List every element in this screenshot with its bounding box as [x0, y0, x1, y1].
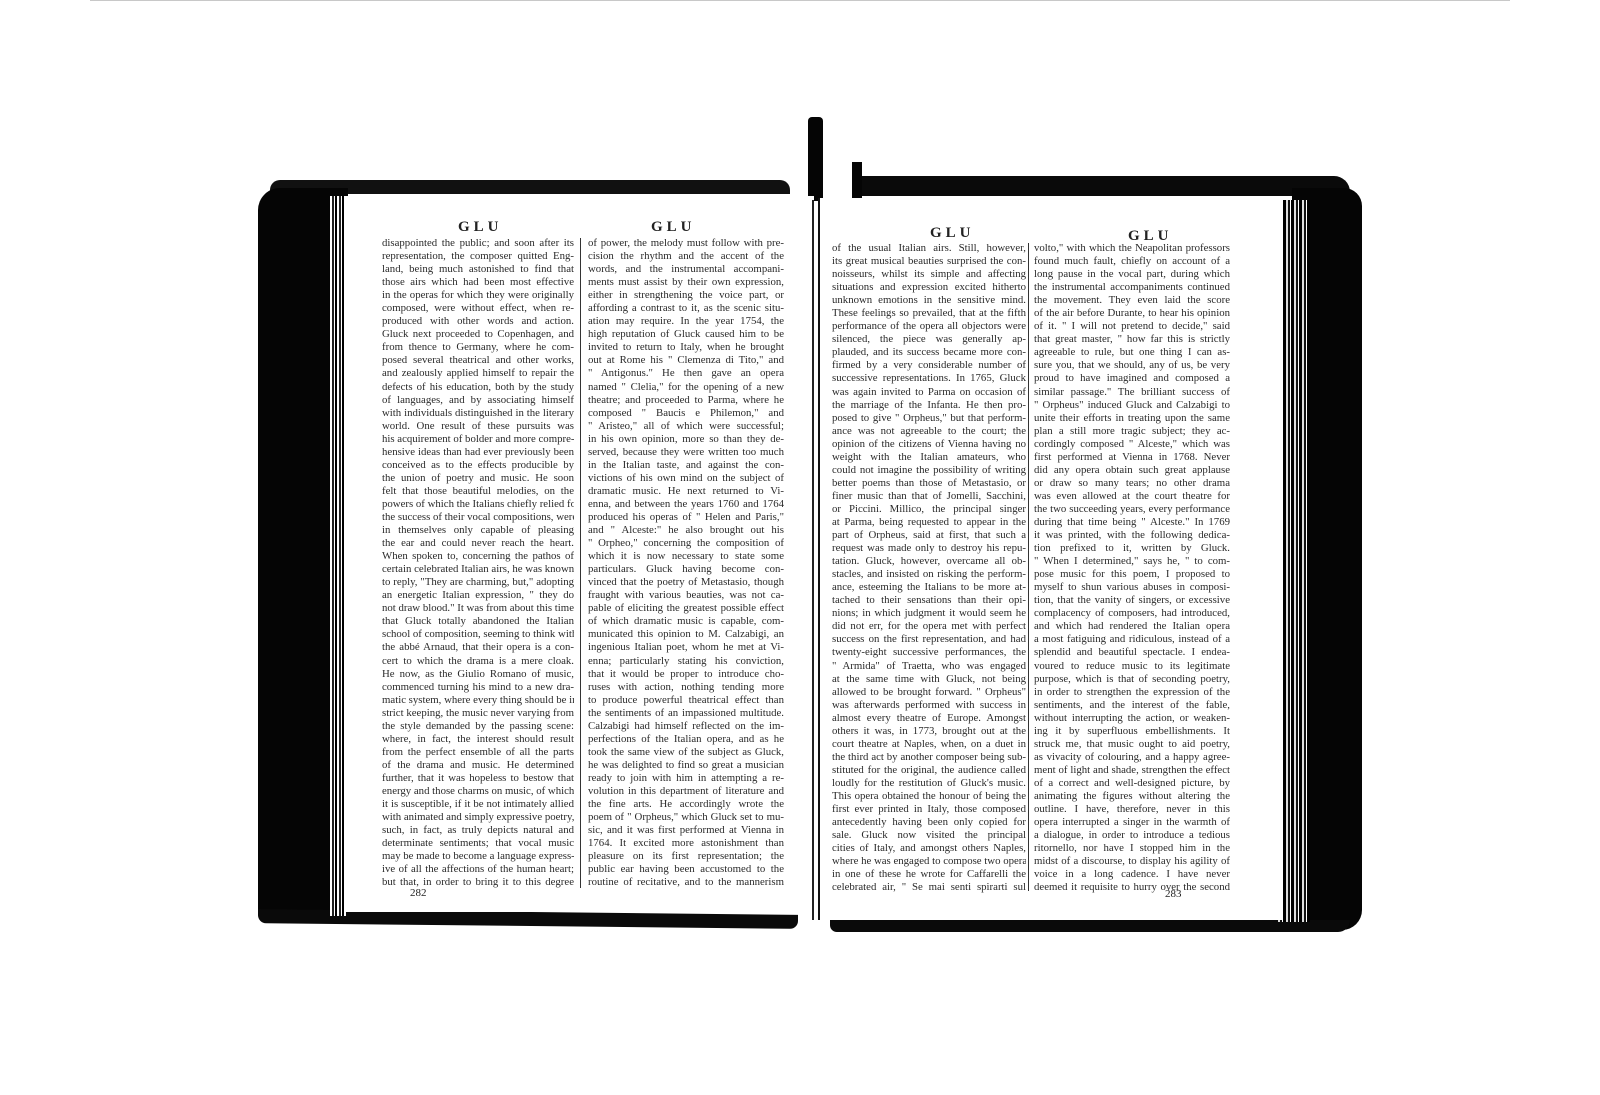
text-line: could not imagine the possibility of wri…: [832, 464, 1026, 477]
text-line: his acquirement of bolder and more compr…: [382, 433, 574, 446]
text-line: where, in fact, the interest should resu…: [382, 733, 574, 746]
text-line: the instrumental accompaniments continue…: [1034, 281, 1230, 294]
text-line: or Piccini. Millico, the principal singe…: [832, 503, 1026, 516]
spine-fragment: [852, 162, 862, 198]
text-line: voice in a long cadence. I have never: [1034, 868, 1230, 881]
text-line: ready to join with him in attempting a r…: [588, 772, 784, 785]
text-line: of the drama and music. He determined: [382, 759, 574, 772]
book-cover-top-right: [860, 176, 1350, 196]
text-line: high reputation of Gluck caused him to b…: [588, 328, 784, 341]
text-line: agreeable to rule, but one thing I can a…: [1034, 346, 1230, 359]
text-line: This opera obtained the honour of being …: [832, 790, 1026, 803]
text-line: the abbé Arnaud, that their opera is a c…: [382, 641, 574, 654]
text-line: and which had rendered the Italian opera: [1034, 620, 1230, 633]
text-line: ingenious Italian poet, whom he met at V…: [588, 641, 784, 654]
column-rule: [1028, 243, 1029, 891]
text-line: may be made to become a language express…: [382, 850, 574, 863]
text-line: opinion of the citizens of Vienna having…: [832, 438, 1026, 451]
text-line: complacency of composers, had introduced…: [1034, 607, 1230, 620]
text-line: a most fatiguing and ridiculous, instead…: [1034, 633, 1230, 646]
text-line: splendid and beautiful spectacle. I ende…: [1034, 646, 1230, 659]
text-line: either in strengthening the voice part, …: [588, 289, 784, 302]
text-line: " Antigonus." He then gave an opera: [588, 367, 784, 380]
text-line: disappointed the public; and soon after …: [382, 237, 574, 250]
text-line: in one of these he wrote for Caffarelli …: [832, 868, 1026, 881]
text-line: of languages, and by associating himself: [382, 394, 574, 407]
text-line: weight with the Italian amateurs, who: [832, 451, 1026, 464]
text-line: composed, were without effect, when re-: [382, 302, 574, 315]
text-line: ments must assist by their own expressio…: [588, 276, 784, 289]
text-line: ive of all the affections of the human h…: [382, 863, 574, 876]
text-line: named " Clelia," for the opening of a ne…: [588, 381, 784, 394]
text-line: performance of the opera all objectors w…: [832, 320, 1026, 333]
text-line: produced his operas of " Helen and Paris…: [588, 511, 784, 524]
text-line: Gluck next proceeded to Copenhagen, and: [382, 328, 574, 341]
text-line: enna, and between the years 1760 and 176…: [588, 498, 784, 511]
text-line: similar passage." The brilliant success …: [1034, 386, 1230, 399]
text-line: unite their efforts in treating upon the…: [1034, 412, 1230, 425]
text-line: stacles, and insisted on risking the per…: [832, 568, 1026, 581]
text-column-1: disappointed the public; and soon after …: [382, 237, 574, 889]
text-line: the success of their vocal compositions,…: [382, 511, 574, 524]
text-line: cordingly composed " Alceste," which was: [1034, 438, 1230, 451]
text-line: or draw so many tears; no other drama: [1034, 477, 1230, 490]
text-line: tation. Gluck, however, overcame all ob-: [832, 555, 1026, 568]
text-line: from thence to Germany, where he com-: [382, 341, 574, 354]
text-line: tion, that the vanity of singers, or exc…: [1034, 594, 1230, 607]
text-line: long pause in the vocal part, during whi…: [1034, 268, 1230, 281]
text-line: in the Italian taste, and against the co…: [588, 459, 784, 472]
text-line: " Orpheo," concerning the composition of: [588, 537, 784, 550]
text-line: success on the first representation, and…: [832, 633, 1026, 646]
text-line: ruses with action, nothing tending more: [588, 681, 784, 694]
text-line: volto," with which the Neapolitan profes…: [1034, 242, 1230, 255]
text-line: ance, esteeming the Italians to be more …: [832, 581, 1026, 594]
text-line: allowed to be brought forward. " Orpheus…: [832, 686, 1026, 699]
text-line: the ear and could never reach the heart.: [382, 537, 574, 550]
text-line: served, because they were written too mu…: [588, 446, 784, 459]
text-line: the movement. They even laid the score: [1034, 294, 1230, 307]
text-line: successive representations. In 1765, Glu…: [832, 372, 1026, 385]
text-line: opera interrupted a singer in the warmth…: [1034, 816, 1230, 829]
text-line: antecedently having been only copied for: [832, 816, 1026, 829]
text-line: from the perfect ensemble of all the par…: [382, 746, 574, 759]
text-line: municated this opinion to M. Calzabigi, …: [588, 628, 784, 641]
text-line: out at Rome his " Clemenza di Tito," and: [588, 354, 784, 367]
text-line: powers of which the Italians chiefly rel…: [382, 498, 574, 511]
text-line: sentiments, and the interest of the fabl…: [1034, 699, 1230, 712]
text-line: hensive ideas than had ever previously b…: [382, 446, 574, 459]
text-line: of the air before Durante, to hear his o…: [1034, 307, 1230, 320]
text-line: produced with other words and action.: [382, 315, 574, 328]
text-line: at Parma, being requested to appear in t…: [832, 516, 1026, 529]
text-line: ance was not agreeable to the court; the: [832, 425, 1026, 438]
text-line: nions; in which judgment it would seem h…: [832, 607, 1026, 620]
text-line: was again invited to Parma on occasion o…: [832, 386, 1026, 399]
text-line: further, that it was hopeless to bestow …: [382, 772, 574, 785]
text-column-4: volto," with which the Neapolitan profes…: [1034, 242, 1230, 894]
text-line: matic system, where every thing should b…: [382, 694, 574, 707]
text-line: with animated and simply expressive poet…: [382, 811, 574, 824]
text-line: deemed it requisite to hurry over the se…: [1034, 881, 1230, 894]
text-line: was even allowed at the court theatre fo…: [1034, 490, 1230, 503]
scan-top-border: [90, 0, 1510, 1]
page-number-right: 283: [1165, 888, 1182, 900]
text-line: particulars. Gluck having become con-: [588, 563, 784, 576]
book-cover-bottom-right: [830, 920, 1350, 932]
text-line: in his own opinion, more so than they de…: [588, 433, 784, 446]
text-line: theatre; and proceeded to Parma, where h…: [588, 394, 784, 407]
text-line: strict keeping, the music never varying …: [382, 707, 574, 720]
text-line: ritornello, nor have I stopped him in th…: [1034, 842, 1230, 855]
text-line: of the usual Italian airs. Still, howeve…: [832, 242, 1026, 255]
text-line: cision the rhythm and the accent of the: [588, 250, 784, 263]
text-line: myself to shun various abuses in composi…: [1034, 581, 1230, 594]
text-line: posed several theatrical and other works…: [382, 354, 574, 367]
text-line: request was made only to destroy his rep…: [832, 542, 1026, 555]
text-line: " Aristeo," all of which were successful…: [588, 420, 784, 433]
text-line: sic, and it was first performed at Vienn…: [588, 824, 784, 837]
text-line: as vivacity of colouring, and a happy ag…: [1034, 751, 1230, 764]
text-line: of it. " I will not pretend to decide," …: [1034, 320, 1230, 333]
text-line: proud to have imagined and composed a: [1034, 372, 1230, 385]
text-line: perfections of the Italian opera, and as…: [588, 733, 784, 746]
text-line: better poems than those of Metastasio, o…: [832, 477, 1026, 490]
text-line: stituted for the original, the audience …: [832, 764, 1026, 777]
text-line: to produce powerful theatrical effect th…: [588, 694, 784, 707]
text-line: finer music than that of Jomelli, Sacchi…: [832, 490, 1026, 503]
text-line: enna; particularly stating his convictio…: [588, 655, 784, 668]
text-line: twenty-eight successive performances, th…: [832, 646, 1026, 659]
text-line: tion prefixed to it, written by Gluck.: [1034, 542, 1230, 555]
text-line: ment of light and shade, strengthen the …: [1034, 764, 1230, 777]
text-line: midst of a discourse, to display his agi…: [1034, 855, 1230, 868]
text-line: tached to their sensations than their op…: [832, 594, 1026, 607]
text-line: victions of his own mind on the subject …: [588, 472, 784, 485]
text-line: at the same time with Gluck, not being: [832, 673, 1026, 686]
spine-bookmark-tab: [808, 117, 823, 201]
text-line: the sentiments of an impassioned multitu…: [588, 707, 784, 720]
text-line: composed " Baucis e Philemon," and: [588, 407, 784, 420]
text-line: found much fault, chiefly on account of …: [1034, 255, 1230, 268]
text-line: not draw blood." It was from about this …: [382, 602, 574, 615]
text-line: animating the figures without altering t…: [1034, 790, 1230, 803]
text-line: ing it by superfluous embellishments. It: [1034, 725, 1230, 738]
text-line: determinate sentiments; that vocal music: [382, 837, 574, 850]
text-line: the style demanded by the passing scene:: [382, 720, 574, 733]
text-line: loudly for the restitution of Gluck's mu…: [832, 777, 1026, 790]
text-line: the fine arts. He accordingly wrote the: [588, 798, 784, 811]
text-line: " Armida" of Traetta, who was engaged: [832, 660, 1026, 673]
text-line: representation, the composer quitted Eng…: [382, 250, 574, 263]
text-line: pable of eliciting the greatest possible…: [588, 602, 784, 615]
page-edges-right: [1278, 200, 1310, 922]
text-line: pleasure on its first representation; th…: [588, 850, 784, 863]
text-line: that it would be proper to introduce cho…: [588, 668, 784, 681]
text-column-2: of power, the melody must follow with pr…: [588, 237, 784, 889]
text-line: These feelings so prevailed, that at the…: [832, 307, 1026, 320]
text-line: energy and those charms on music, of whi…: [382, 785, 574, 798]
text-line: of a correct and well-designed picture, …: [1034, 777, 1230, 790]
text-line: part of Orpheus, said at first, that suc…: [832, 529, 1026, 542]
text-line: did not err, for the opera met with perf…: [832, 620, 1026, 633]
text-line: When spoken to, concerning the pathos of: [382, 550, 574, 563]
text-line: did any opera obtain such great applause: [1034, 464, 1230, 477]
text-line: struck me, that music ought to aid poetr…: [1034, 738, 1230, 751]
book-cover-top-left: [270, 180, 790, 194]
text-line: celebrated air, " Se mai senti spirarti …: [832, 881, 1026, 894]
running-head: GLU: [930, 225, 975, 242]
text-line: that Gluck totally abandoned the Italian: [382, 615, 574, 628]
text-line: the two succeeding years, every performa…: [1034, 503, 1230, 516]
text-line: and " Alceste:" he also brought out his: [588, 524, 784, 537]
text-line: purpose, which is that of seconding poet…: [1034, 673, 1230, 686]
page-number-left: 282: [410, 887, 427, 899]
text-line: defects of his education, both by the st…: [382, 381, 574, 394]
text-line: posed to give " Orpheus," but that perfo…: [832, 412, 1026, 425]
text-line: was afterwards performed with success in: [832, 699, 1026, 712]
text-line: invited to return to Italy, when he brou…: [588, 341, 784, 354]
text-line: to reply, "They are charming, but," adop…: [382, 576, 574, 589]
text-line: cities of Italy, and amongst others Napl…: [832, 842, 1026, 855]
text-line: and zealously applied himself to repair …: [382, 367, 574, 380]
text-line: commenced turning his mind to a new dra-: [382, 681, 574, 694]
text-line: dramatic music. He next returned to Vi-: [588, 485, 784, 498]
text-line: plan a still more tragic subject; they a…: [1034, 425, 1230, 438]
text-line: it was printed, with the following dedic…: [1034, 529, 1230, 542]
text-column-3: of the usual Italian airs. Still, howeve…: [832, 242, 1026, 894]
text-line: such, in fact, as truly depicts natural …: [382, 824, 574, 837]
text-line: voured to reduce music to its legitimate: [1034, 660, 1230, 673]
text-line: where he was engaged to compose two oper…: [832, 855, 1026, 868]
text-line: unknown emotions in the sensitive mind.: [832, 294, 1026, 307]
text-line: public ear having been accustomed to the: [588, 863, 784, 876]
text-line: pose music for this poem, I proposed to: [1034, 568, 1230, 581]
text-line: " When I determined," says he, " to com-: [1034, 555, 1230, 568]
text-line: in themselves only capable of pleasing: [382, 524, 574, 537]
text-line: world. One result of these pursuits was: [382, 420, 574, 433]
text-line: the marriage of the Infanta. He then pro…: [832, 399, 1026, 412]
text-line: in order to strengthen the expression of…: [1034, 686, 1230, 699]
text-line: the third act by another composer being …: [832, 751, 1026, 764]
text-line: that great master, " how far this is str…: [1034, 333, 1230, 346]
text-line: vinced that the poetry of Metastasio, th…: [588, 576, 784, 589]
text-line: certain celebrated Italian airs, he was …: [382, 563, 574, 576]
text-line: silenced, the piece was generally ap-: [832, 333, 1026, 346]
text-line: it is susceptible, if it be not intimate…: [382, 798, 574, 811]
text-line: sure you, that we should, any of us, be …: [1034, 359, 1230, 372]
text-line: routine of recitative, and to the manner…: [588, 876, 784, 889]
column-rule: [580, 238, 581, 888]
text-line: of power, the melody must follow with pr…: [588, 237, 784, 250]
text-line: school of composition, seeming to think …: [382, 628, 574, 641]
text-line: volution in this department of literatur…: [588, 785, 784, 798]
text-line: affording a contrast to it, as the sceni…: [588, 302, 784, 315]
text-line: without interrupting the action, or weak…: [1034, 712, 1230, 725]
text-line: poem of " Orpheus," which Gluck set to m…: [588, 811, 784, 824]
text-line: cert to which the drama is a mere cloak.: [382, 655, 574, 668]
text-line: felt that those beautiful melodies, on t…: [382, 485, 574, 498]
page-edges-left: [330, 196, 346, 916]
text-line: words, and the instrumental accompani-: [588, 263, 784, 276]
running-head: GLU: [651, 219, 696, 236]
text-line: sale. Gluck now visited the principal: [832, 829, 1026, 842]
text-line: he was delighted to find so great a musi…: [588, 759, 784, 772]
text-line: a dialogue, in order to introduce a tedi…: [1034, 829, 1230, 842]
book-gutter: [812, 200, 814, 920]
text-line: conceived as to the effects producible b…: [382, 459, 574, 472]
text-line: those airs which had been most effective: [382, 276, 574, 289]
text-line: court theatre at Naples, when, on a duet…: [832, 738, 1026, 751]
text-line: Calzabigi had himself reflected on the i…: [588, 720, 784, 733]
text-line: plauded, and its success became more con…: [832, 346, 1026, 359]
text-line: almost every theatre of Europe. Amongst: [832, 712, 1026, 725]
text-line: situations and expression excited hither…: [832, 281, 1026, 294]
text-line: which it is now necessary to state some: [588, 550, 784, 563]
text-line: during that time being " Alceste." In 17…: [1034, 516, 1230, 529]
text-line: noisseurs, whilst its simple and affecti…: [832, 268, 1026, 281]
text-line: ation may require. In the year 1754, the: [588, 315, 784, 328]
text-line: others it was, in 1773, brought out at t…: [832, 725, 1026, 738]
text-line: fraught with various beauties, was not c…: [588, 589, 784, 602]
text-line: its great musical beauties surprised the…: [832, 255, 1026, 268]
text-line: of which dramatic music is capable, com-: [588, 615, 784, 628]
text-line: outline. I have, therefore, never in thi…: [1034, 803, 1230, 816]
text-line: 1764. It excited more astonishment than: [588, 837, 784, 850]
text-line: first ever printed in Italy, those compo…: [832, 803, 1026, 816]
text-line: with individuals distinguished in the li…: [382, 407, 574, 420]
text-line: an energetic Italian expression, " they …: [382, 589, 574, 602]
text-line: He now, as the Giulio Romano of music,: [382, 668, 574, 681]
text-line: the union of poetry and music. He soon: [382, 472, 574, 485]
text-line: " Orpheus" induced Gluck and Calzabigi t…: [1034, 399, 1230, 412]
text-line: in the operas for which they were origin…: [382, 289, 574, 302]
text-line: first performed at Vienna in 1768. Never: [1034, 451, 1230, 464]
text-line: land, being much astonished to find that: [382, 263, 574, 276]
text-line: firmed by a very considerable number of: [832, 359, 1026, 372]
text-line: took the same view of the subject as Glu…: [588, 746, 784, 759]
running-head: GLU: [458, 219, 503, 236]
